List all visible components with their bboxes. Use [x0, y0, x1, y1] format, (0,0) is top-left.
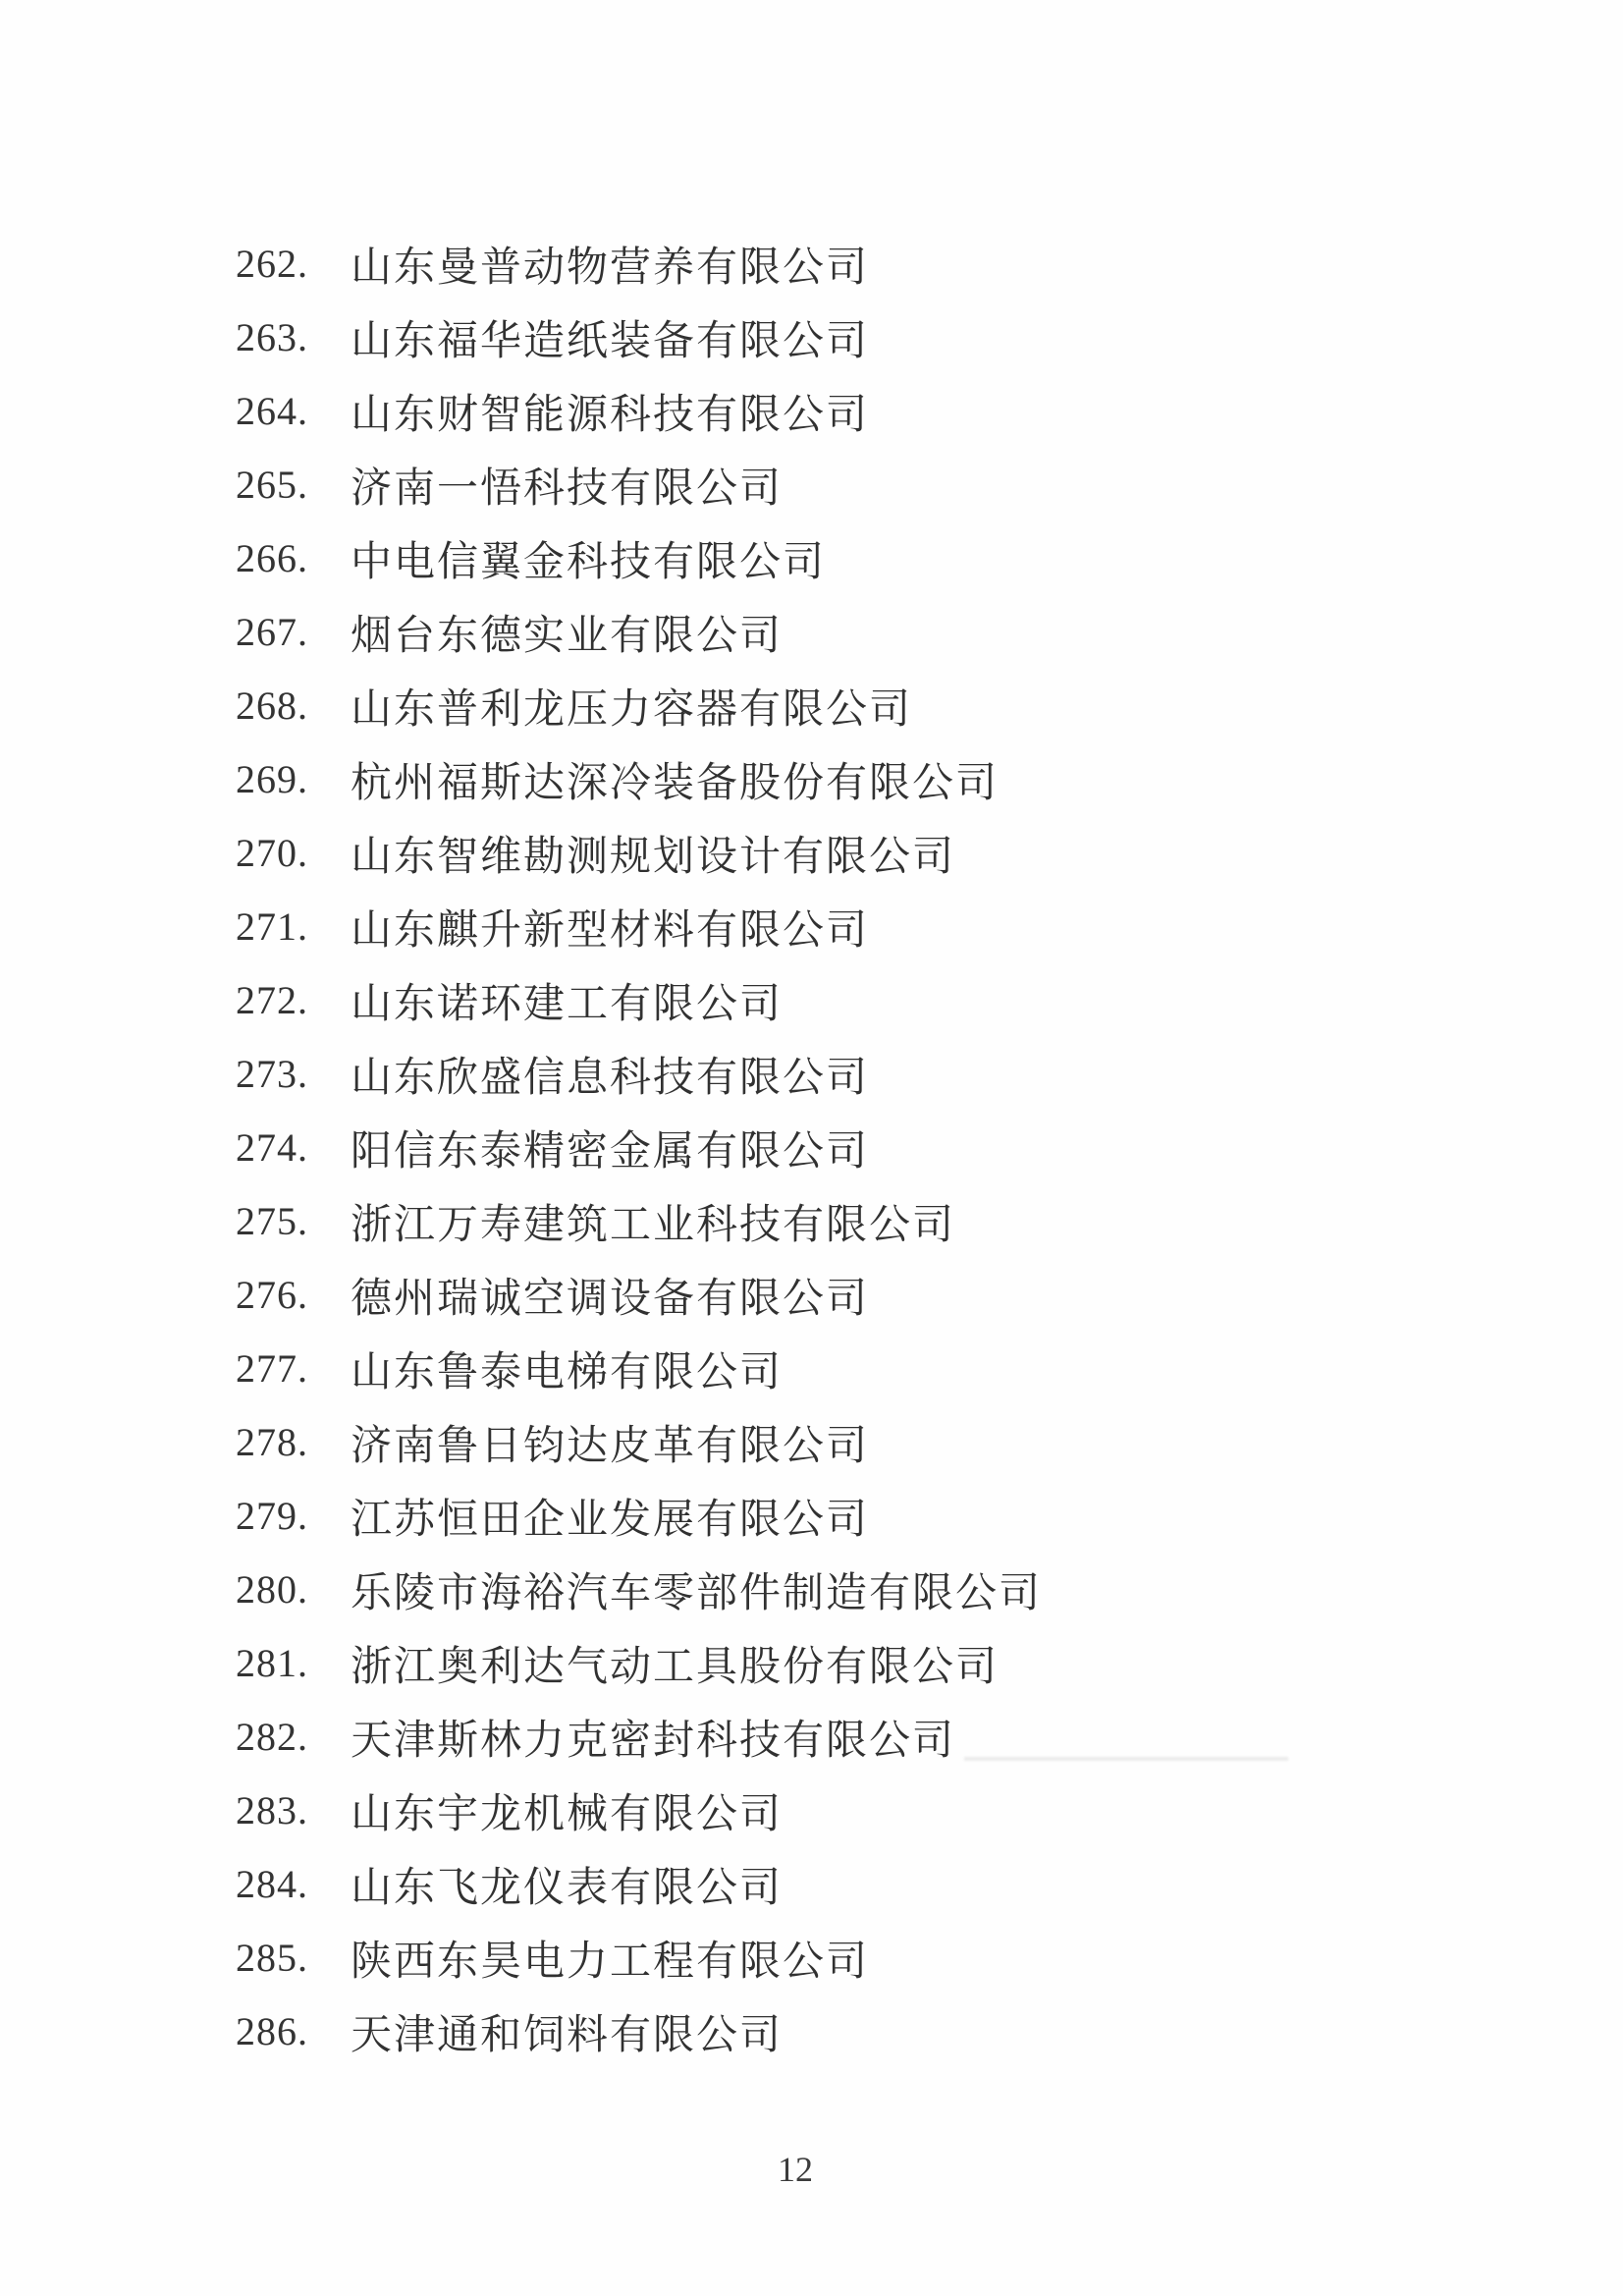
company-name: 济南一悟科技有限公司	[351, 456, 783, 515]
item-number: 282.	[236, 1714, 351, 1760]
company-name: 山东麒升新型材料有限公司	[351, 898, 869, 957]
company-name: 天津通和饲料有限公司	[351, 2002, 783, 2061]
list-item: 262.山东曼普动物营养有限公司	[236, 227, 1414, 301]
list-item: 270.山东智维勘测规划设计有限公司	[236, 816, 1414, 890]
company-name: 陕西东昊电力工程有限公司	[351, 1929, 869, 1988]
list-item: 267.烟台东德实业有限公司	[236, 595, 1414, 669]
item-number: 273.	[236, 1051, 351, 1097]
company-name: 山东飞龙仪表有限公司	[351, 1855, 783, 1914]
company-name: 浙江万寿建筑工业科技有限公司	[351, 1192, 955, 1251]
list-item: 265.济南一悟科技有限公司	[236, 448, 1414, 521]
item-number: 275.	[236, 1198, 351, 1244]
list-item: 274.阳信东泰精密金属有限公司	[236, 1111, 1414, 1184]
list-item: 281.浙江奥利达气动工具股份有限公司	[236, 1626, 1414, 1700]
list-item: 282.天津斯林力克密封科技有限公司	[236, 1700, 1414, 1774]
item-number: 263.	[236, 314, 351, 360]
company-name: 山东诺环建工有限公司	[351, 971, 783, 1030]
list-item: 269.杭州福斯达深冷装备股份有限公司	[236, 742, 1414, 816]
company-list: 262.山东曼普动物营养有限公司 263.山东福华造纸装备有限公司 264.山东…	[236, 227, 1414, 2068]
item-number: 270.	[236, 830, 351, 876]
company-name: 山东欣盛信息科技有限公司	[351, 1045, 869, 1104]
item-number: 276.	[236, 1272, 351, 1318]
item-number: 264.	[236, 388, 351, 434]
item-number: 285.	[236, 1935, 351, 1981]
company-name: 中电信翼金科技有限公司	[351, 529, 826, 588]
list-item: 272.山东诺环建工有限公司	[236, 963, 1414, 1037]
company-name: 山东宇龙机械有限公司	[351, 1781, 783, 1840]
company-name: 山东普利龙压力容器有限公司	[351, 677, 912, 736]
list-item: 266.中电信翼金科技有限公司	[236, 521, 1414, 595]
item-number: 265.	[236, 462, 351, 508]
item-number: 267.	[236, 609, 351, 655]
company-name: 山东财智能源科技有限公司	[351, 382, 869, 441]
item-number: 266.	[236, 535, 351, 581]
company-name: 烟台东德实业有限公司	[351, 603, 783, 662]
item-number: 284.	[236, 1861, 351, 1907]
list-item: 273.山东欣盛信息科技有限公司	[236, 1037, 1414, 1111]
list-item: 285.陕西东昊电力工程有限公司	[236, 1921, 1414, 1995]
company-name: 山东福华造纸装备有限公司	[351, 308, 869, 367]
item-number: 281.	[236, 1640, 351, 1686]
list-item: 271.山东麒升新型材料有限公司	[236, 890, 1414, 963]
company-name: 山东智维勘测规划设计有限公司	[351, 824, 955, 883]
company-name: 德州瑞诚空调设备有限公司	[351, 1266, 869, 1325]
item-number: 269.	[236, 756, 351, 802]
list-item: 277.山东鲁泰电梯有限公司	[236, 1332, 1414, 1405]
item-number: 271.	[236, 903, 351, 950]
company-name: 浙江奥利达气动工具股份有限公司	[351, 1634, 999, 1693]
item-number: 286.	[236, 2008, 351, 2054]
scan-artifact-line	[964, 1757, 1288, 1761]
document-page: 262.山东曼普动物营养有限公司 263.山东福华造纸装备有限公司 264.山东…	[0, 0, 1623, 2296]
list-item: 278.济南鲁日钧达皮革有限公司	[236, 1405, 1414, 1479]
list-item: 263.山东福华造纸装备有限公司	[236, 301, 1414, 374]
list-item: 276.德州瑞诚空调设备有限公司	[236, 1258, 1414, 1332]
company-name: 天津斯林力克密封科技有限公司	[351, 1708, 955, 1767]
company-name: 杭州福斯达深冷装备股份有限公司	[351, 750, 999, 809]
list-item: 284.山东飞龙仪表有限公司	[236, 1847, 1414, 1921]
item-number: 268.	[236, 683, 351, 729]
list-item: 275.浙江万寿建筑工业科技有限公司	[236, 1184, 1414, 1258]
company-name: 乐陵市海裕汽车零部件制造有限公司	[351, 1560, 1042, 1619]
list-item: 264.山东财智能源科技有限公司	[236, 374, 1414, 448]
company-name: 济南鲁日钧达皮革有限公司	[351, 1413, 869, 1472]
item-number: 279.	[236, 1493, 351, 1539]
item-number: 272.	[236, 977, 351, 1023]
item-number: 277.	[236, 1345, 351, 1392]
item-number: 262.	[236, 241, 351, 287]
item-number: 283.	[236, 1787, 351, 1833]
page-number: 12	[0, 2149, 1591, 2190]
company-name: 江苏恒田企业发展有限公司	[351, 1487, 869, 1546]
list-item: 280.乐陵市海裕汽车零部件制造有限公司	[236, 1553, 1414, 1626]
list-item: 268.山东普利龙压力容器有限公司	[236, 669, 1414, 742]
item-number: 274.	[236, 1124, 351, 1171]
company-name: 山东曼普动物营养有限公司	[351, 235, 869, 294]
company-name: 山东鲁泰电梯有限公司	[351, 1339, 783, 1398]
list-item: 286.天津通和饲料有限公司	[236, 1995, 1414, 2068]
company-name: 阳信东泰精密金属有限公司	[351, 1119, 869, 1177]
item-number: 278.	[236, 1419, 351, 1465]
item-number: 280.	[236, 1566, 351, 1613]
list-item: 283.山东宇龙机械有限公司	[236, 1774, 1414, 1847]
list-item: 279.江苏恒田企业发展有限公司	[236, 1479, 1414, 1553]
